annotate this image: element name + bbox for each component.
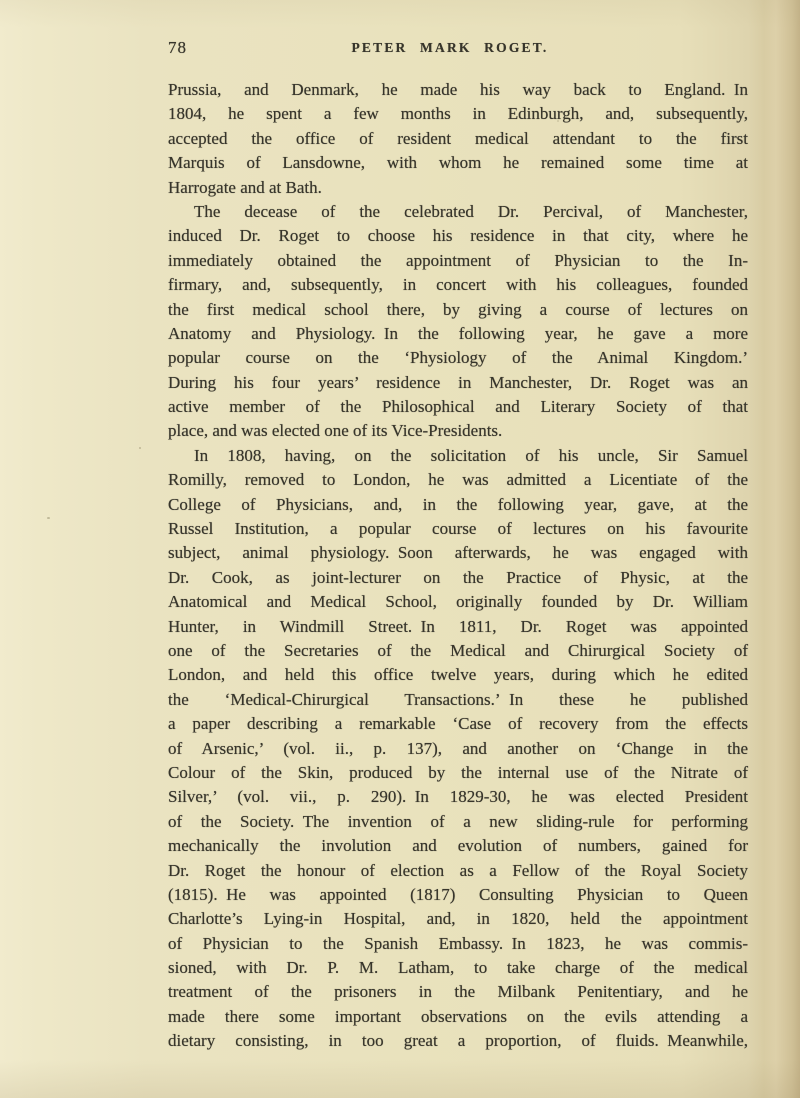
text-line: active member of the Philosophical and L… <box>168 395 748 419</box>
text-line: Russel Institution, a popular course of … <box>168 517 748 541</box>
text-line: treatment of the prisoners in the Milban… <box>168 980 748 1004</box>
text-line: induced Dr. Roget to choose his residenc… <box>168 224 748 248</box>
text-line: Silver,’ (vol. vii., p. 290). In 1829-30… <box>168 785 748 809</box>
text-line: dietary consisting, in too great a propo… <box>168 1029 748 1053</box>
text-line: Harrogate and at Bath. <box>168 176 748 200</box>
text-line: place, and was elected one of its Vice-P… <box>168 419 748 443</box>
text-line: During his four years’ residence in Manc… <box>168 371 748 395</box>
running-title: PETER MARK ROGET. <box>160 40 740 56</box>
text-line: College of Physicians, and, in the follo… <box>168 493 748 517</box>
text-line: of Arsenic,’ (vol. ii., p. 137), and ano… <box>168 737 748 761</box>
text-line: made there some important observations o… <box>168 1005 748 1029</box>
text-line: the ‘Medical-Chirurgical Transactions.’ … <box>168 688 748 712</box>
text-line: Colour of the Skin, produced by the inte… <box>168 761 748 785</box>
text-line: London, and held this office twelve year… <box>168 663 748 687</box>
text-line: (1815). He was appointed (1817) Consulti… <box>168 883 748 907</box>
text-line: sioned, with Dr. P. M. Latham, to take c… <box>168 956 748 980</box>
text-line: one of the Secretaries of the Medical an… <box>168 639 748 663</box>
paper-speck <box>47 517 50 519</box>
text-line: mechanically the involution and evolutio… <box>168 834 748 858</box>
book-page: 78 PETER MARK ROGET. Prussia, and Denmar… <box>0 0 800 1098</box>
text-line: Marquis of Lansdowne, with whom he remai… <box>168 151 748 175</box>
text-line: of the Society. The invention of a new s… <box>168 810 748 834</box>
text-line: accepted the office of resident medical … <box>168 127 748 151</box>
paper-speck <box>139 447 141 449</box>
text-line: subject, animal physiology. Soon afterwa… <box>168 541 748 565</box>
text-line: Charlotte’s Lying-in Hospital, and, in 1… <box>168 907 748 931</box>
text-line: Anatomy and Physiology. In the following… <box>168 322 748 346</box>
text-line: popular course on the ‘Physiology of the… <box>168 346 748 370</box>
text-line: a paper describing a remarkable ‘Case of… <box>168 712 748 736</box>
body-text: Prussia, and Denmark, he made his way ba… <box>168 78 748 1054</box>
paragraph: Prussia, and Denmark, he made his way ba… <box>168 78 748 200</box>
text-line: Romilly, removed to London, he was admit… <box>168 468 748 492</box>
paragraph: In 1808, having, on the solicitation of … <box>168 444 748 1054</box>
text-line: 1804, he spent a few months in Edinburgh… <box>168 102 748 126</box>
text-line: immediately obtained the appointment of … <box>168 249 748 273</box>
text-line: Dr. Roget the honour of election as a Fe… <box>168 859 748 883</box>
text-line: Hunter, in Windmill Street. In 1811, Dr.… <box>168 615 748 639</box>
text-line: of Physician to the Spanish Embassy. In … <box>168 932 748 956</box>
text-line: In 1808, having, on the solicitation of … <box>168 444 748 468</box>
text-line: Dr. Cook, as joint-lecturer on the Pract… <box>168 566 748 590</box>
paragraph: The decease of the celebrated Dr. Perciv… <box>168 200 748 444</box>
page-header: 78 PETER MARK ROGET. <box>160 36 740 62</box>
text-line: firmary, and, subsequently, in concert w… <box>168 273 748 297</box>
text-line: The decease of the celebrated Dr. Perciv… <box>168 200 748 224</box>
text-line: Anatomical and Medical School, originall… <box>168 590 748 614</box>
text-line: the first medical school there, by givin… <box>168 298 748 322</box>
text-line: Prussia, and Denmark, he made his way ba… <box>168 78 748 102</box>
